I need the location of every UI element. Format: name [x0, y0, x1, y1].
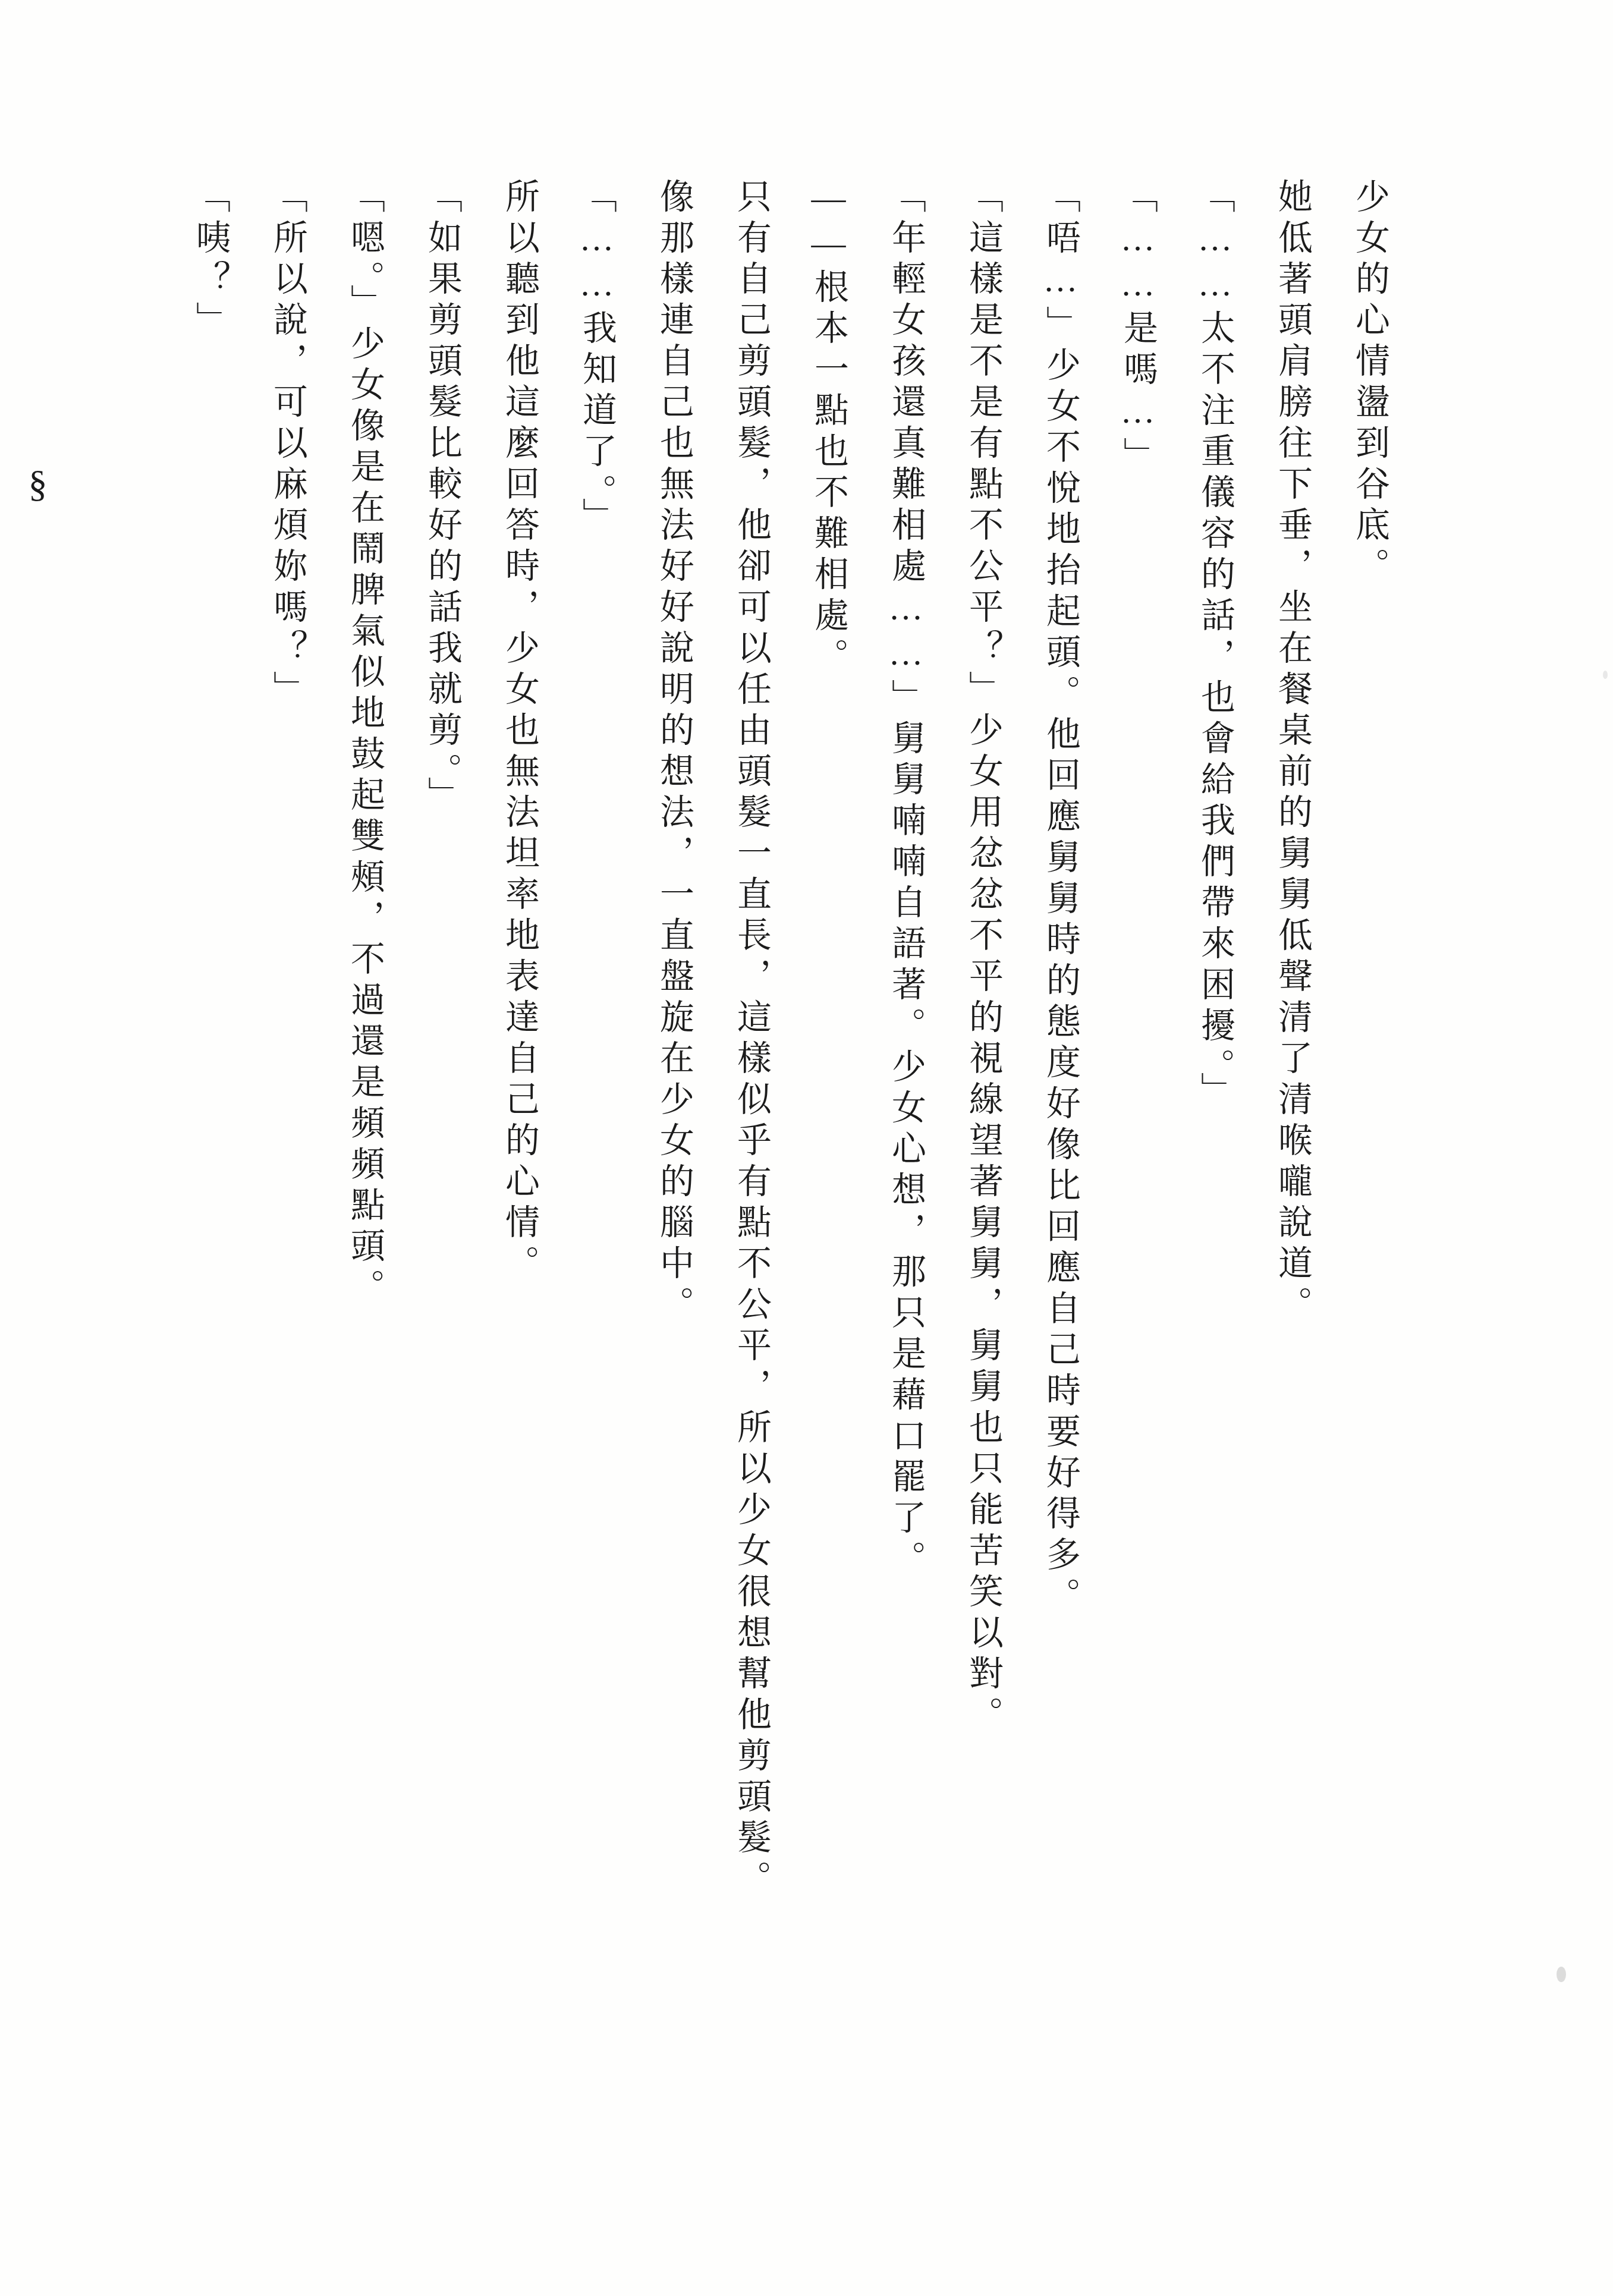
paragraph-inner-thought: ——根本一點也不難相處。	[790, 178, 867, 1938]
vertical-text-block: 少女的心情盪到谷底。 她低著頭肩膀往下垂，坐在餐桌前的舅舅低聲清了清喉嚨說道。 …	[0, 178, 1408, 1938]
paragraph-narration: 她低著頭肩膀往下垂，坐在餐桌前的舅舅低聲清了清喉嚨說道。	[1253, 178, 1331, 1938]
section-divider-mark: §	[0, 178, 76, 1938]
paragraph-dialogue: 「咦？」	[171, 178, 249, 1938]
paragraph-dialogue: 「如果剪頭髮比較好的話我就剪。」	[403, 178, 480, 1938]
scan-artifact-speck	[1557, 1967, 1566, 1982]
paragraph-narration: 像那樣連自己也無法好好說明的想法，一直盤旋在少女的腦中。	[635, 178, 712, 1938]
paragraph-dialogue: 「……我知道了。」	[558, 178, 635, 1938]
paragraph-narration: 少女的心情盪到谷底。	[1331, 178, 1408, 1938]
paragraph-narration: 「嗯。」少女像是在鬧脾氣似地鼓起雙頰，不過還是頻頻點頭。	[326, 178, 403, 1938]
scanned-book-page: 少女的心情盪到谷底。 她低著頭肩膀往下垂，坐在餐桌前的舅舅低聲清了清喉嚨說道。 …	[0, 0, 1613, 2296]
paragraph-dialogue: 「……太不注重儀容的話，也會給我們帶來困擾。」	[1176, 178, 1253, 1938]
paragraph-narration: 只有自己剪頭髮，他卻可以任由頭髮一直長，這樣似乎有點不公平，所以少女很想幫他剪頭…	[712, 178, 790, 1938]
paragraph-dialogue: 「唔…」少女不悅地抬起頭。他回應舅舅時的態度好像比回應自己時要好得多。	[1021, 178, 1099, 1938]
paragraph-dialogue: 「這樣是不是有點不公平？」少女用忿忿不平的視線望著舅舅，舅舅也只能苦笑以對。	[944, 178, 1021, 1938]
paragraph-dialogue: 「年輕女孩還真難相處……」舅舅喃喃自語著。少女心想，那只是藉口罷了。	[867, 178, 944, 1938]
paragraph-dialogue: 「所以說，可以麻煩妳嗎？」	[249, 178, 326, 1938]
scan-artifact-speck	[1603, 671, 1608, 679]
paragraph-dialogue: 「……是嗎…」	[1099, 178, 1176, 1938]
paragraph-narration: 所以聽到他這麼回答時，少女也無法坦率地表達自己的心情。	[480, 178, 558, 1938]
